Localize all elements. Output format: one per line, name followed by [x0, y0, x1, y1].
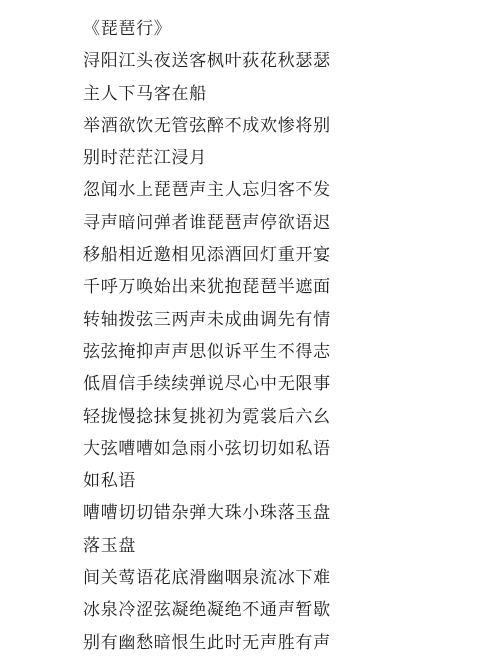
poem-line: 浔阳江头夜送客枫叶荻花秋瑟瑟: [83, 45, 490, 77]
poem-line: 低眉信手续续弹说尽心中无限事: [83, 368, 490, 400]
poem-line: 嘈嘈切切错杂弹大珠小珠落玉盘: [83, 497, 490, 529]
poem-line: 间关莺语花底滑幽咽泉流冰下难: [83, 562, 490, 594]
poem-line: 千呼万唤始出来犹抱琵琶半遮面: [83, 271, 490, 303]
poem-line: 冰泉冷涩弦凝绝凝绝不通声暂歇: [83, 594, 490, 626]
poem-line: 弦弦掩抑声声思似诉平生不得志: [83, 336, 490, 368]
poem-line: 主人下马客在船: [83, 78, 490, 110]
poem-title: 《琵琶行》: [83, 13, 490, 45]
poem-line: 寻声暗问弹者谁琵琶声停欲语迟: [83, 207, 490, 239]
poem-line: 别时茫茫江浸月: [83, 142, 490, 174]
poem-line: 忽闻水上琵琶声主人忘归客不发: [83, 174, 490, 206]
poem-line: 别有幽愁暗恨生此时无声胜有声: [83, 627, 490, 659]
poem-line: 落玉盘: [83, 530, 490, 562]
poem-line: 移船相近邀相见添酒回灯重开宴: [83, 239, 490, 271]
poem-page: 《琵琶行》 浔阳江头夜送客枫叶荻花秋瑟瑟 主人下马客在船 举酒欲饮无管弦醉不成欢…: [0, 0, 500, 666]
poem-line: 如私语: [83, 465, 490, 497]
poem-line: 举酒欲饮无管弦醉不成欢惨将别: [83, 110, 490, 142]
poem-line: 转轴拨弦三两声未成曲调先有情: [83, 304, 490, 336]
poem-line: 大弦嘈嘈如急雨小弦切切如私语: [83, 433, 490, 465]
poem-line: 轻拢慢捻抹复挑初为霓裳后六幺: [83, 401, 490, 433]
poem-lines-list: 浔阳江头夜送客枫叶荻花秋瑟瑟 主人下马客在船 举酒欲饮无管弦醉不成欢惨将别 别时…: [83, 45, 490, 659]
poem-text-block: 《琵琶行》 浔阳江头夜送客枫叶荻花秋瑟瑟 主人下马客在船 举酒欲饮无管弦醉不成欢…: [83, 13, 490, 659]
